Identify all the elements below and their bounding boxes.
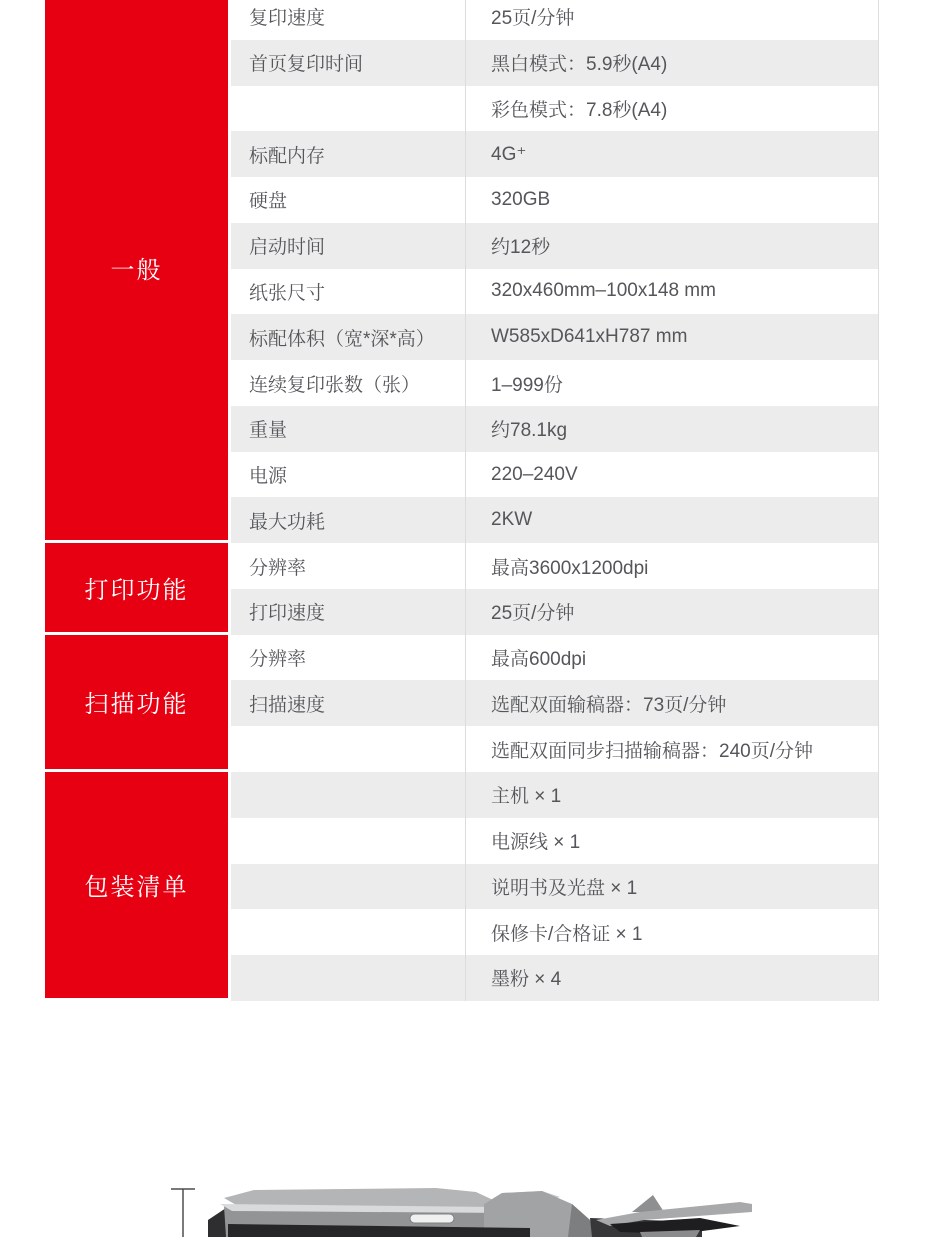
spec-name-cell [231,726,465,772]
spec-value-cell: 25页/分钟 [465,589,879,635]
spec-rows: 复印速度25页/分钟首页复印时间黑白模式：5.9秒(A4)彩色模式：7.8秒(A… [231,0,879,1001]
spec-row: 打印速度25页/分钟 [231,589,879,635]
spec-row: 标配体积（宽*深*高）W585xD641xH787 mm [231,314,879,360]
spec-name-cell: 启动时间 [231,223,465,269]
spec-name-cell [231,86,465,132]
spec-row: 扫描速度选配双面输稿器：73页/分钟 [231,680,879,726]
spec-value-cell: 墨粉 × 4 [465,955,879,1001]
spec-name-cell [231,909,465,955]
category-cell: 扫描功能 [45,635,228,772]
spec-value-cell: 4G⁺ [465,131,879,177]
spec-value-cell: 选配双面同步扫描输稿器：240页/分钟 [465,726,879,772]
spec-value-cell: 最高3600x1200dpi [465,543,879,589]
spec-row: 首页复印时间黑白模式：5.9秒(A4) [231,40,879,86]
spec-row: 硬盘320GB [231,177,879,223]
spec-name-cell: 首页复印时间 [231,40,465,86]
category-label: 打印功能 [85,570,189,605]
spec-name-cell: 扫描速度 [231,680,465,726]
spec-name-cell: 分辨率 [231,543,465,589]
spec-row: 分辨率最高3600x1200dpi [231,543,879,589]
category-label: 扫描功能 [85,684,189,719]
spec-name-cell: 复印速度 [231,0,465,40]
spec-name-cell: 打印速度 [231,589,465,635]
spec-value-cell: 320x460mm–100x148 mm [465,269,879,315]
spec-name-cell [231,955,465,1001]
category-label: 一般 [111,250,163,285]
spec-row: 主机 × 1 [231,772,879,818]
spec-value-cell: 主机 × 1 [465,772,879,818]
spec-name-cell [231,772,465,818]
spec-row: 最大功耗2KW [231,497,879,543]
spec-value-cell: 约78.1kg [465,406,879,452]
spec-value-cell: 约12秒 [465,223,879,269]
spec-value-cell: W585xD641xH787 mm [465,314,879,360]
spec-row: 复印速度25页/分钟 [231,0,879,40]
category-cell: 一般 [45,0,228,543]
spec-name-cell: 硬盘 [231,177,465,223]
product-photo-area [140,1160,800,1237]
spec-value-cell: 1–999份 [465,360,879,406]
spec-value-cell: 2KW [465,497,879,543]
spec-row: 重量约78.1kg [231,406,879,452]
spec-value-cell: 320GB [465,177,879,223]
spec-name-cell: 最大功耗 [231,497,465,543]
copier-machine-photo [140,1160,800,1237]
category-cell: 打印功能 [45,543,228,635]
spec-name-cell: 标配内存 [231,131,465,177]
spec-row: 连续复印张数（张）1–999份 [231,360,879,406]
spec-name-cell: 标配体积（宽*深*高） [231,314,465,360]
spec-name-cell: 重量 [231,406,465,452]
spec-name-cell: 分辨率 [231,635,465,681]
spec-value-cell: 黑白模式：5.9秒(A4) [465,40,879,86]
spec-name-cell: 电源 [231,452,465,498]
category-label: 包装清单 [85,867,189,902]
spec-row: 保修卡/合格证 × 1 [231,909,879,955]
spec-row: 墨粉 × 4 [231,955,879,1001]
spec-value-cell: 电源线 × 1 [465,818,879,864]
spec-value-cell: 220–240V [465,452,879,498]
spec-name-cell: 纸张尺寸 [231,269,465,315]
spec-value-cell: 彩色模式：7.8秒(A4) [465,86,879,132]
spec-row: 彩色模式：7.8秒(A4) [231,86,879,132]
spec-row: 说明书及光盘 × 1 [231,864,879,910]
spec-value-cell: 说明书及光盘 × 1 [465,864,879,910]
spec-name-cell [231,818,465,864]
spec-row: 标配内存4G⁺ [231,131,879,177]
spec-row: 分辨率最高600dpi [231,635,879,681]
spec-row: 电源220–240V [231,452,879,498]
copier-body [208,1188,752,1237]
spec-value-cell: 25页/分钟 [465,0,879,40]
spec-value-cell: 保修卡/合格证 × 1 [465,909,879,955]
spec-row: 电源线 × 1 [231,818,879,864]
height-dimension-line [171,1189,195,1237]
spec-table: 复印速度25页/分钟首页复印时间黑白模式：5.9秒(A4)彩色模式：7.8秒(A… [45,0,879,1001]
category-cell: 包装清单 [45,772,228,1001]
spec-name-cell: 连续复印张数（张） [231,360,465,406]
spec-value-cell: 最高600dpi [465,635,879,681]
spec-value-cell: 选配双面输稿器：73页/分钟 [465,680,879,726]
spec-row: 选配双面同步扫描输稿器：240页/分钟 [231,726,879,772]
spec-row: 纸张尺寸320x460mm–100x148 mm [231,269,879,315]
product-detail-page: 复印速度25页/分钟首页复印时间黑白模式：5.9秒(A4)彩色模式：7.8秒(A… [0,0,936,1237]
spec-row: 启动时间约12秒 [231,223,879,269]
category-column: 一般打印功能扫描功能包装清单 [45,0,228,1001]
spec-name-cell [231,864,465,910]
